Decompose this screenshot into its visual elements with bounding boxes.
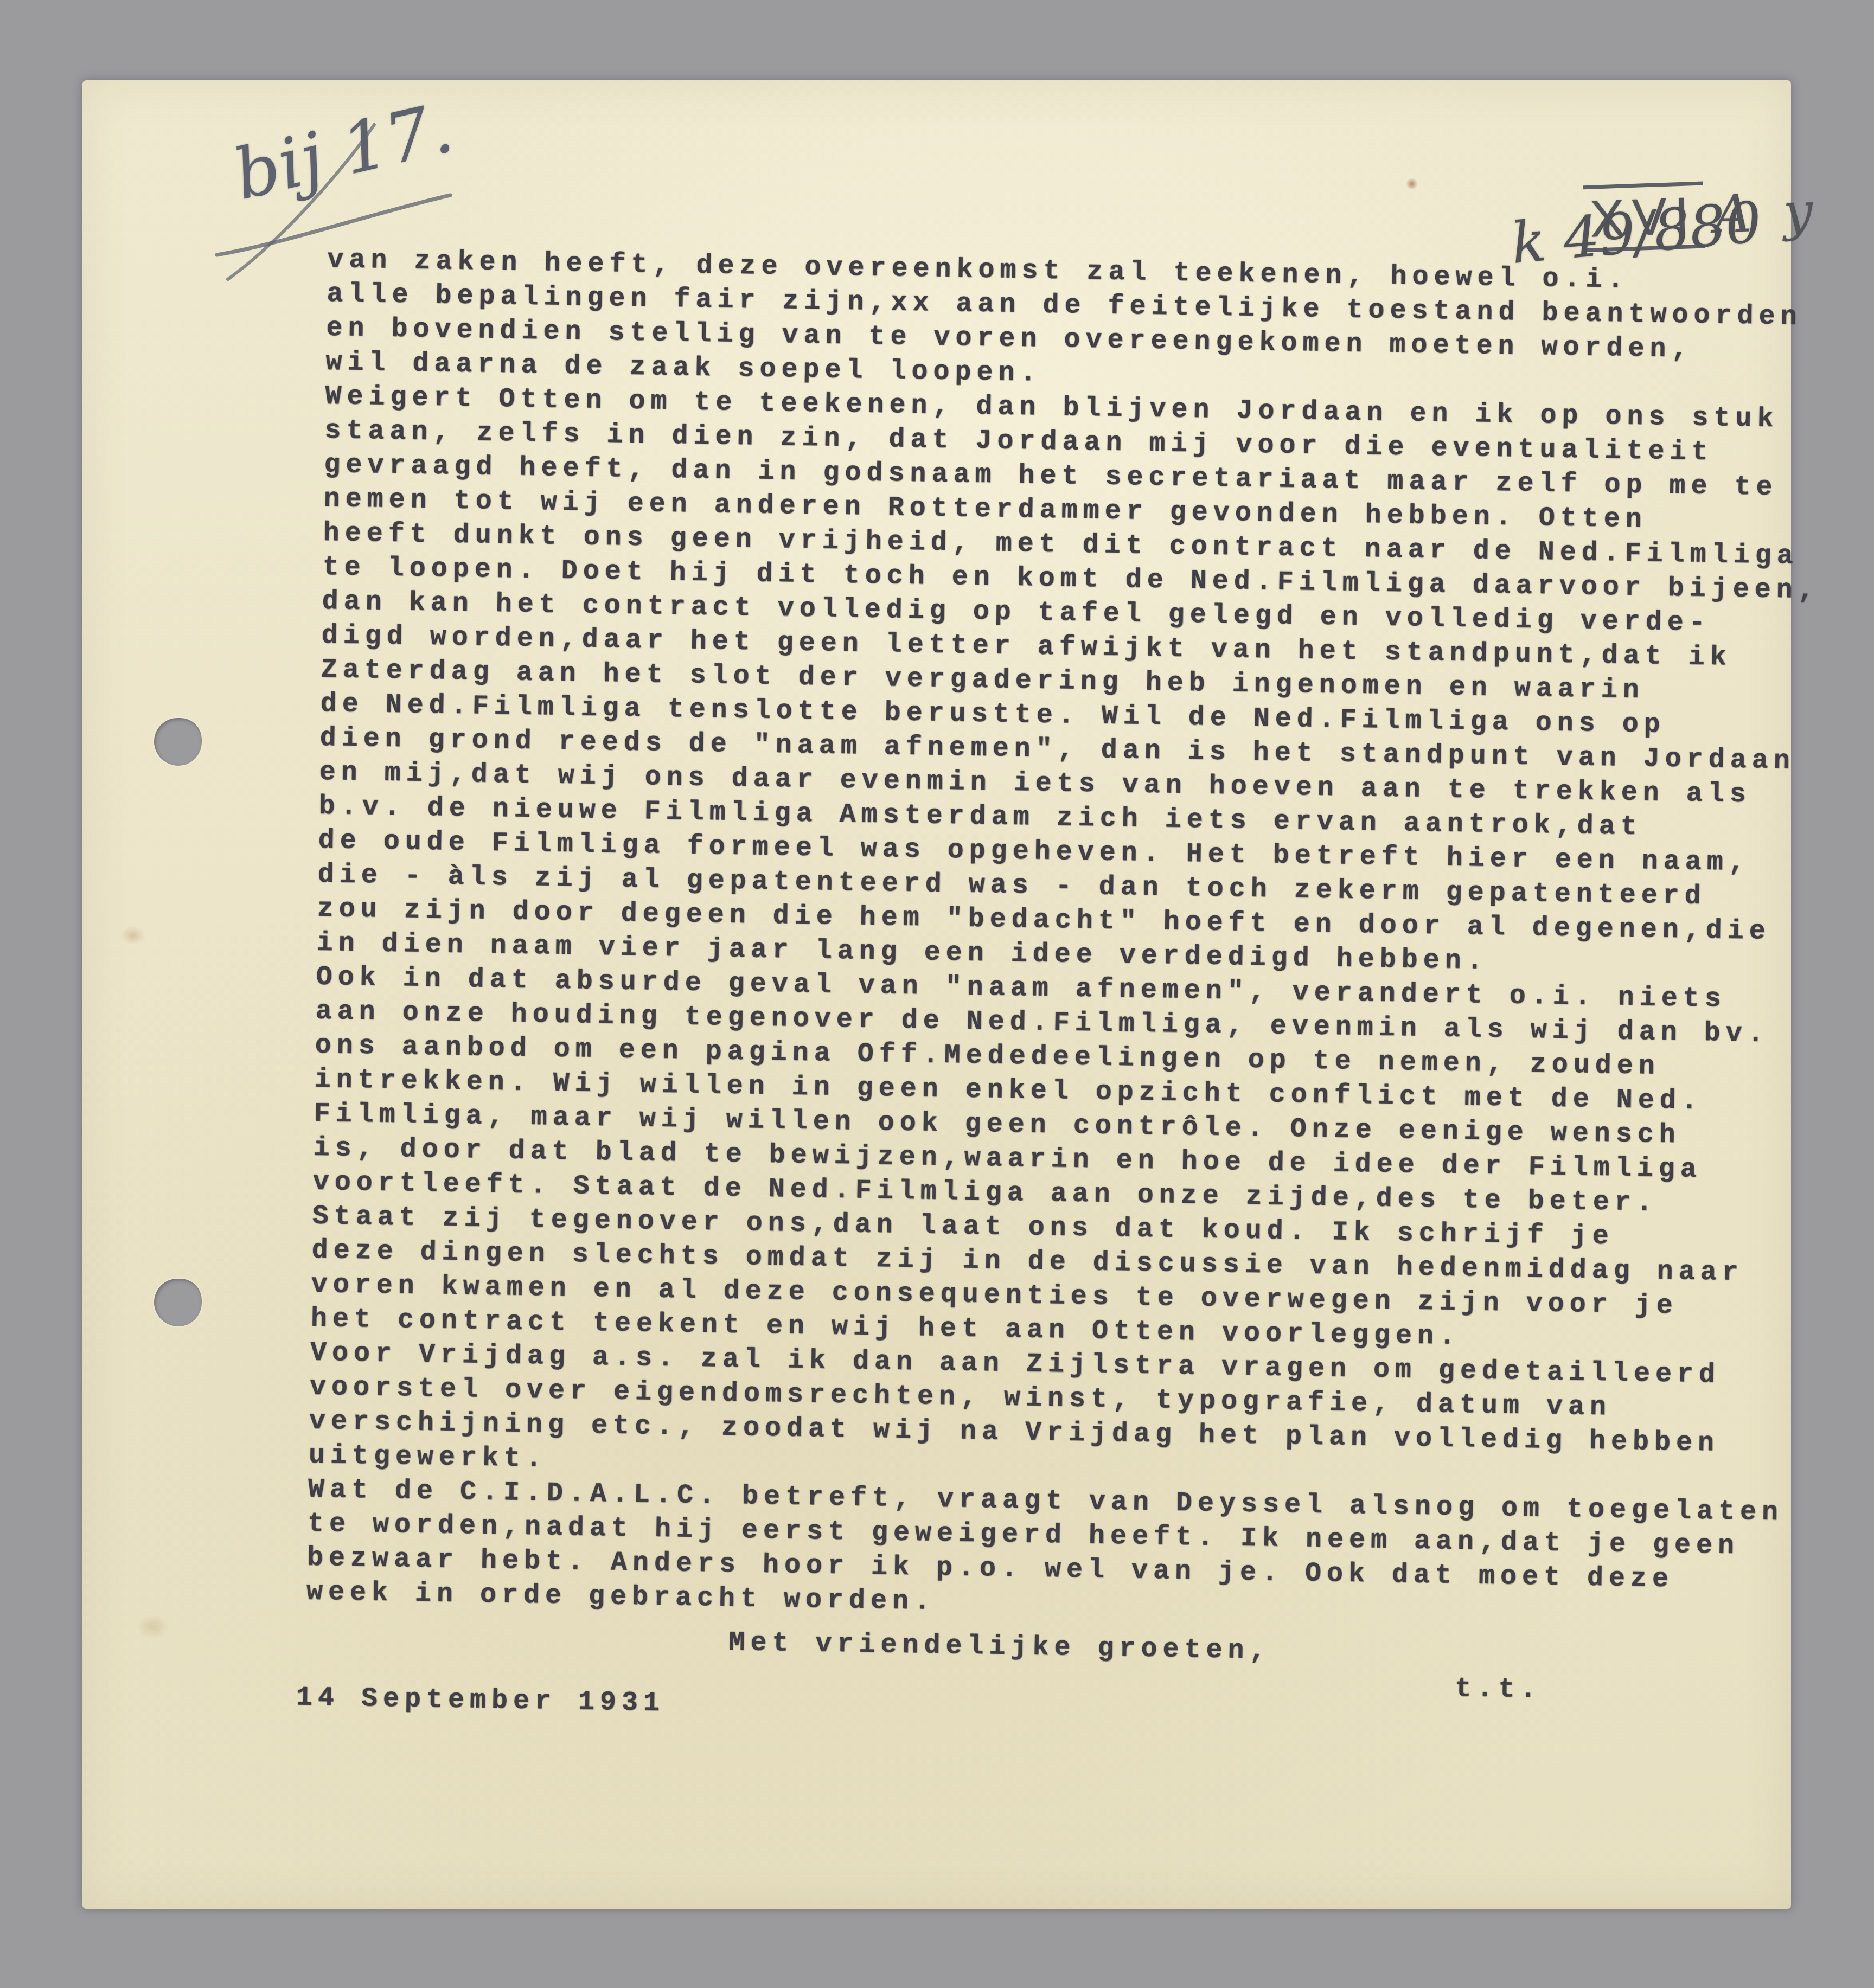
- letter-signature: t.t.: [1455, 1672, 1542, 1708]
- letter-date: 14 September 1931: [296, 1681, 665, 1721]
- scanned-letter-page: { "annotations": { "top_left_note": "bij…: [0, 0, 1874, 1988]
- foxing-stain: [1406, 178, 1418, 190]
- typed-body: van zaken heeft, deze overeenkomst zal t…: [306, 243, 1824, 1633]
- foxing-stain: [120, 926, 145, 945]
- foxing-stain: [137, 1615, 169, 1639]
- punch-hole-bottom: [154, 1279, 202, 1326]
- punch-hole-top: [154, 718, 202, 766]
- typed-block: van zaken heeft, deze overeenkomst zal t…: [306, 243, 1824, 1633]
